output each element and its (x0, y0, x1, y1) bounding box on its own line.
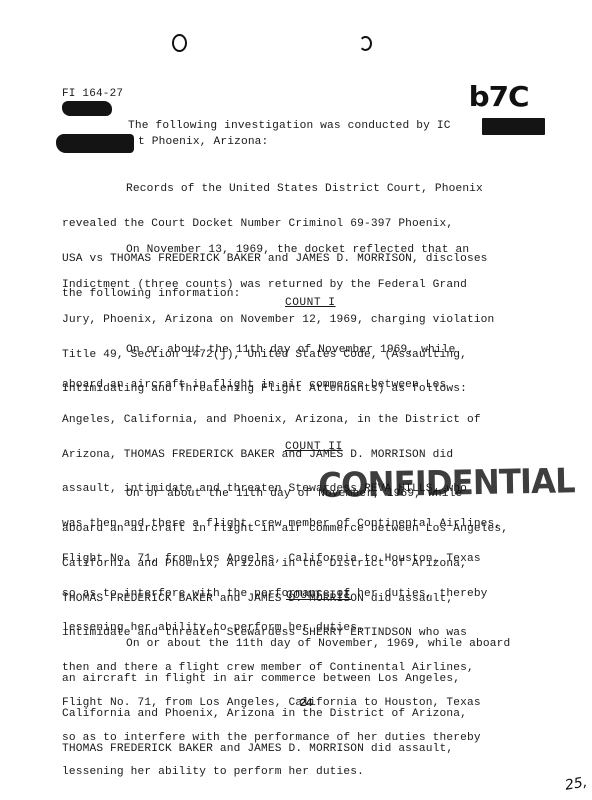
count-3-text: On or about the 11th day of November, 19… (62, 616, 510, 778)
redaction-block (62, 101, 112, 116)
redaction-block (56, 134, 134, 153)
intro-line-2: t Phoenix, Arizona: (138, 137, 268, 149)
count-heading: COUNT I (285, 297, 336, 309)
punch-hole-right (359, 36, 372, 51)
text-line: On or about the 11th day of November, 19… (62, 639, 510, 651)
text-line: aboard an aircraft in flight in air comm… (62, 380, 501, 392)
text-line: California and Phoenix, Arizona in the D… (62, 559, 508, 571)
count-heading: COUNT II (285, 441, 343, 453)
text-line: aboard an aircraft in flight in air comm… (62, 524, 508, 536)
page-number: 24 (300, 697, 312, 709)
text-line: California and Phoenix, Arizona in the D… (62, 709, 510, 721)
exemption-mark: b7C (469, 80, 529, 113)
text-line: Records of the United States District Co… (62, 184, 488, 196)
count-heading: COUNT III (286, 590, 351, 602)
text-line: an aircraft in flight in air commerce be… (62, 674, 510, 686)
handwritten-page-mark: 25, (564, 774, 589, 794)
confidential-stamp: CONFIDENTIAL (318, 461, 575, 506)
text-line: Angeles, California, and Phoenix, Arizon… (62, 415, 501, 427)
intro-line-1: The following investigation was conducte… (128, 121, 451, 133)
punch-hole-left (172, 34, 187, 52)
text-line: On November 13, 1969, the docket reflect… (62, 245, 494, 257)
text-line: THOMAS FREDERICK BAKER and JAMES D. MORR… (62, 744, 510, 756)
file-number: FI 164-27 (62, 88, 123, 100)
redaction-block (482, 118, 545, 135)
text-line: On or about the 11th day of November 196… (62, 345, 501, 357)
text-line: Indictment (three counts) was returned b… (62, 280, 494, 292)
text-line: Arizona, THOMAS FREDERICK BAKER and JAME… (62, 450, 501, 462)
